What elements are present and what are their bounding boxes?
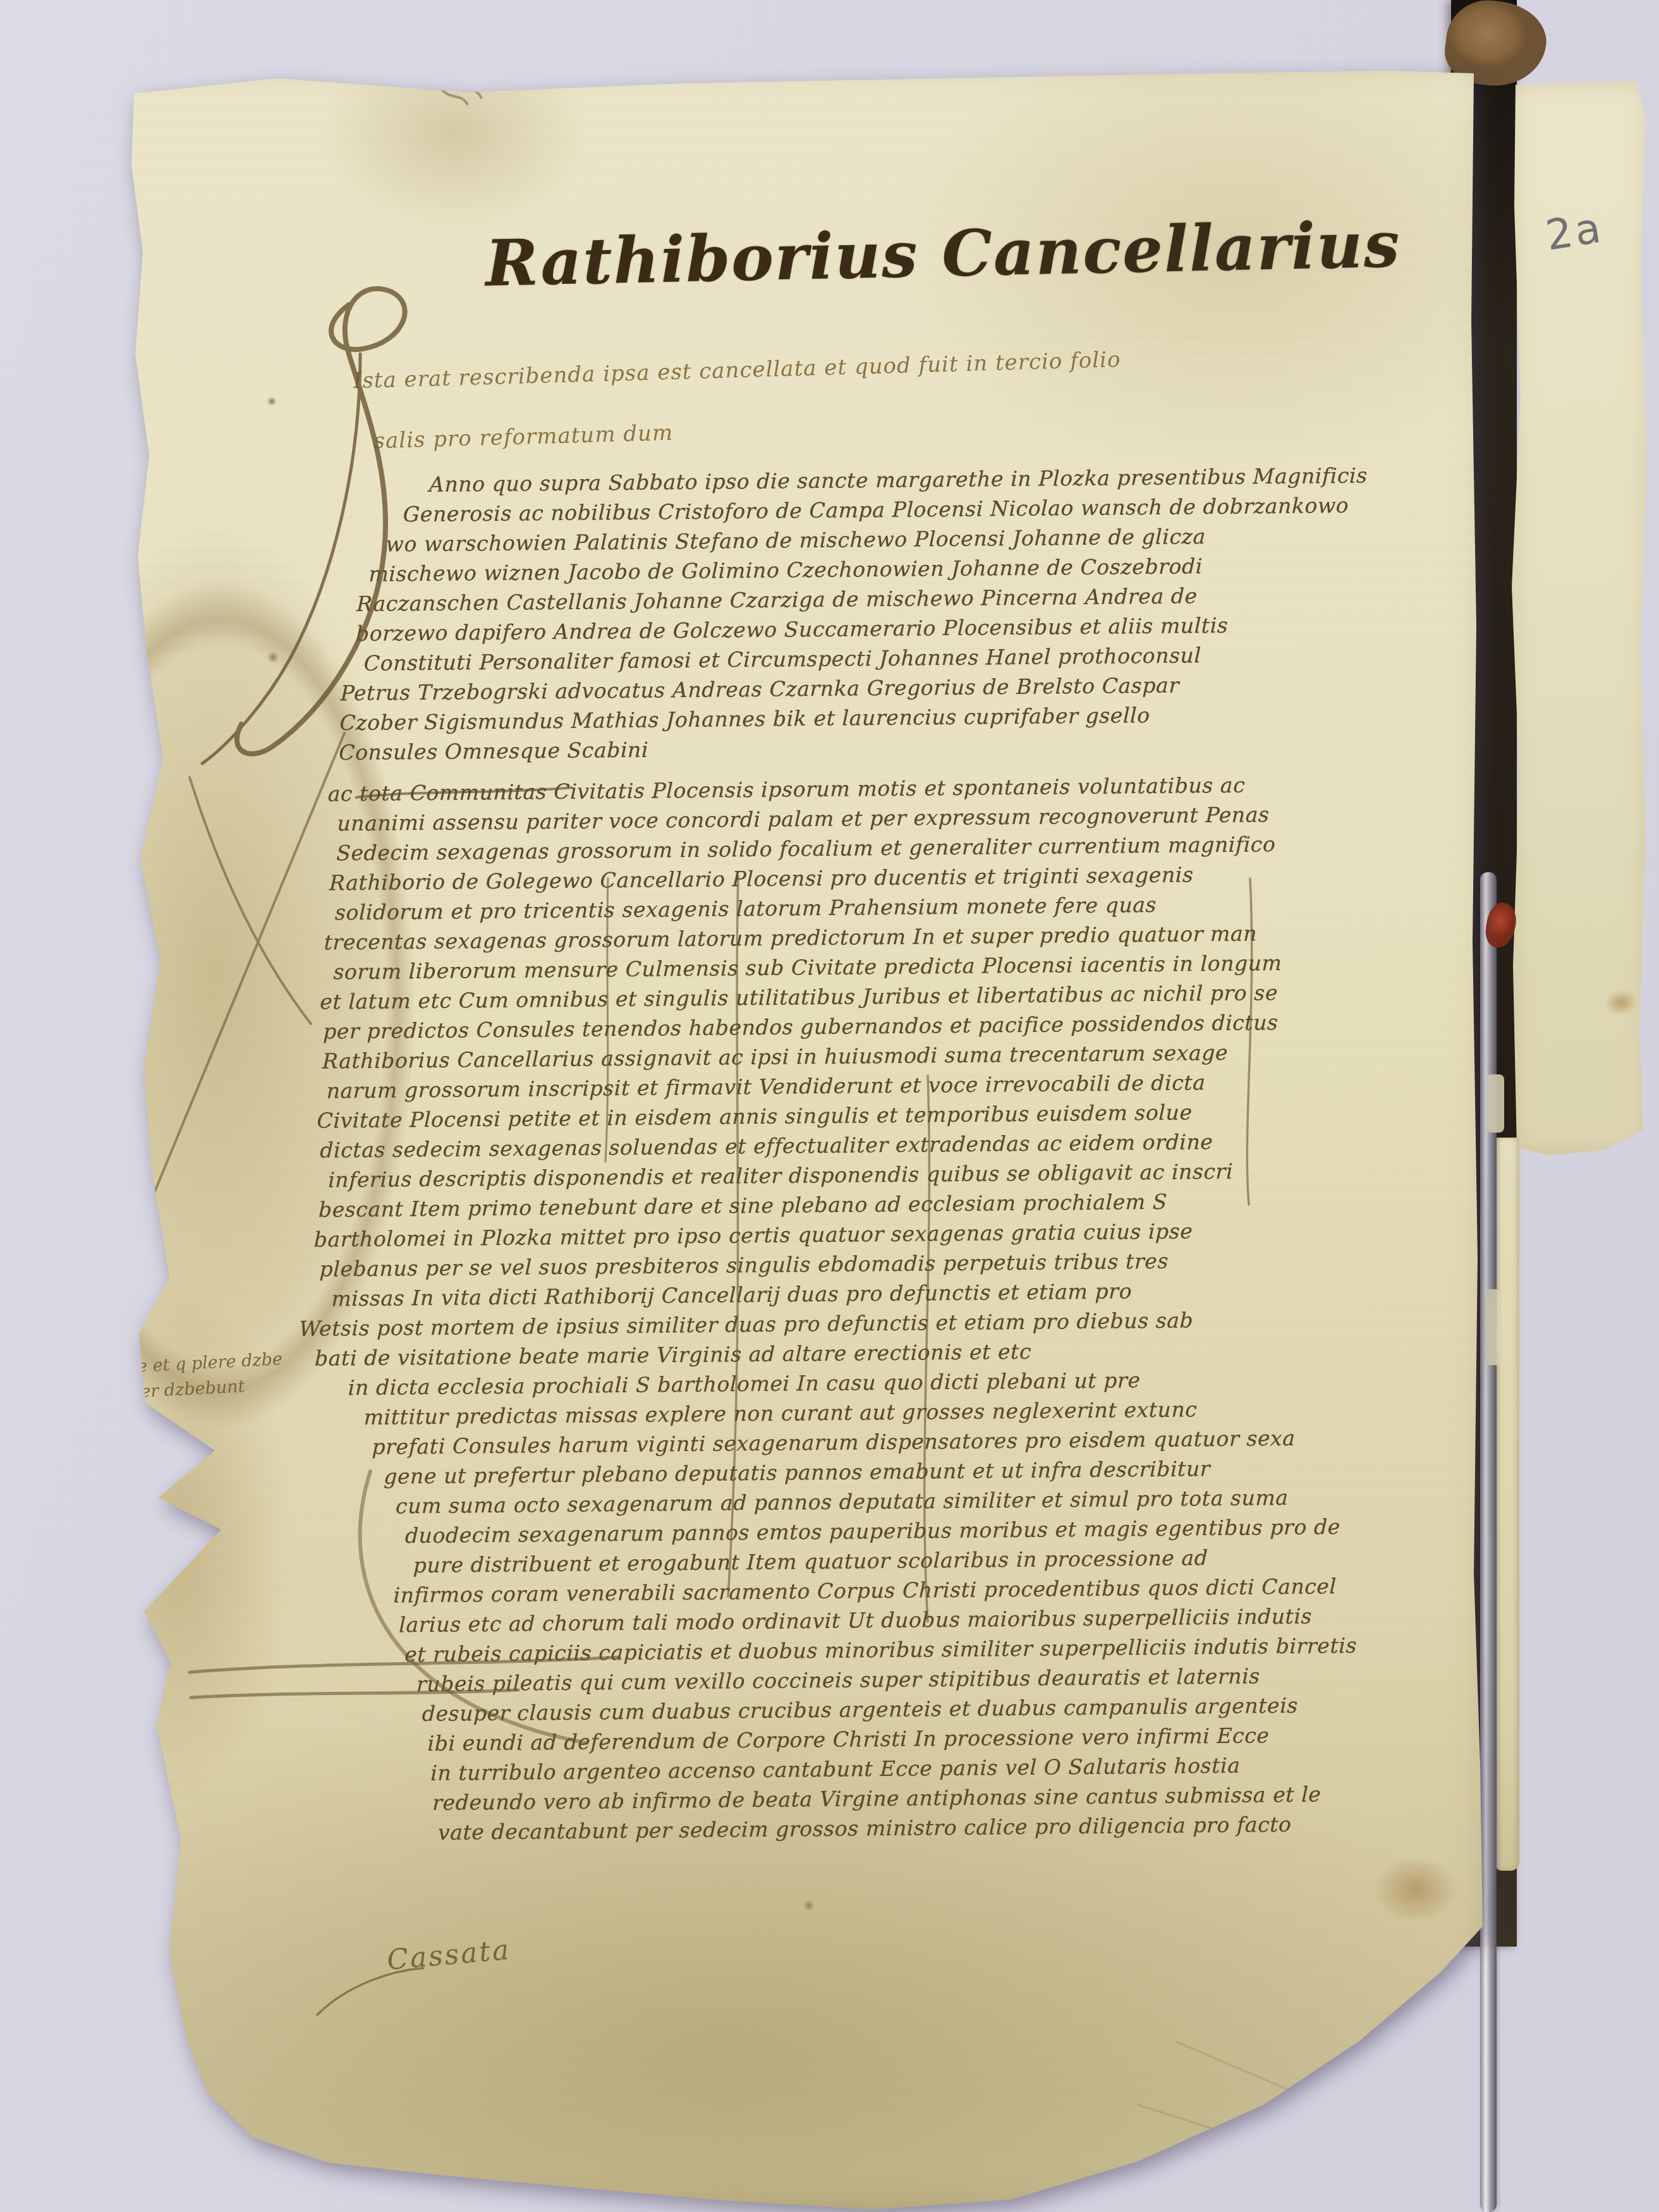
- body-text: Anno quo supra Sabbato ipso die sancte m…: [311, 459, 1458, 1849]
- manuscript-page: Rathiborius Cancellarius Ista erat rescr…: [63, 57, 1492, 2212]
- cancellation-note: Ista erat rescribenda ipsa est cancellat…: [353, 329, 1124, 472]
- next-folio-tab: 2a: [1510, 81, 1650, 1155]
- parchment-sheet: Rathiborius Cancellarius Ista erat rescr…: [63, 57, 1492, 2212]
- photo-of-archival-manuscript: { "document": { "heading": "Rathiborius …: [0, 0, 1659, 2212]
- next-folio-tab-tail: [1495, 1138, 1519, 1871]
- margin-note: laye et q plere dzbe per dzbebunt: [111, 1347, 284, 1406]
- folio-number-label: 2a: [1543, 203, 1607, 260]
- page-title: Rathiborius Cancellarius: [485, 206, 1434, 300]
- tab-stain: [1599, 985, 1643, 1020]
- cassata-note: Cassata: [386, 1934, 512, 1977]
